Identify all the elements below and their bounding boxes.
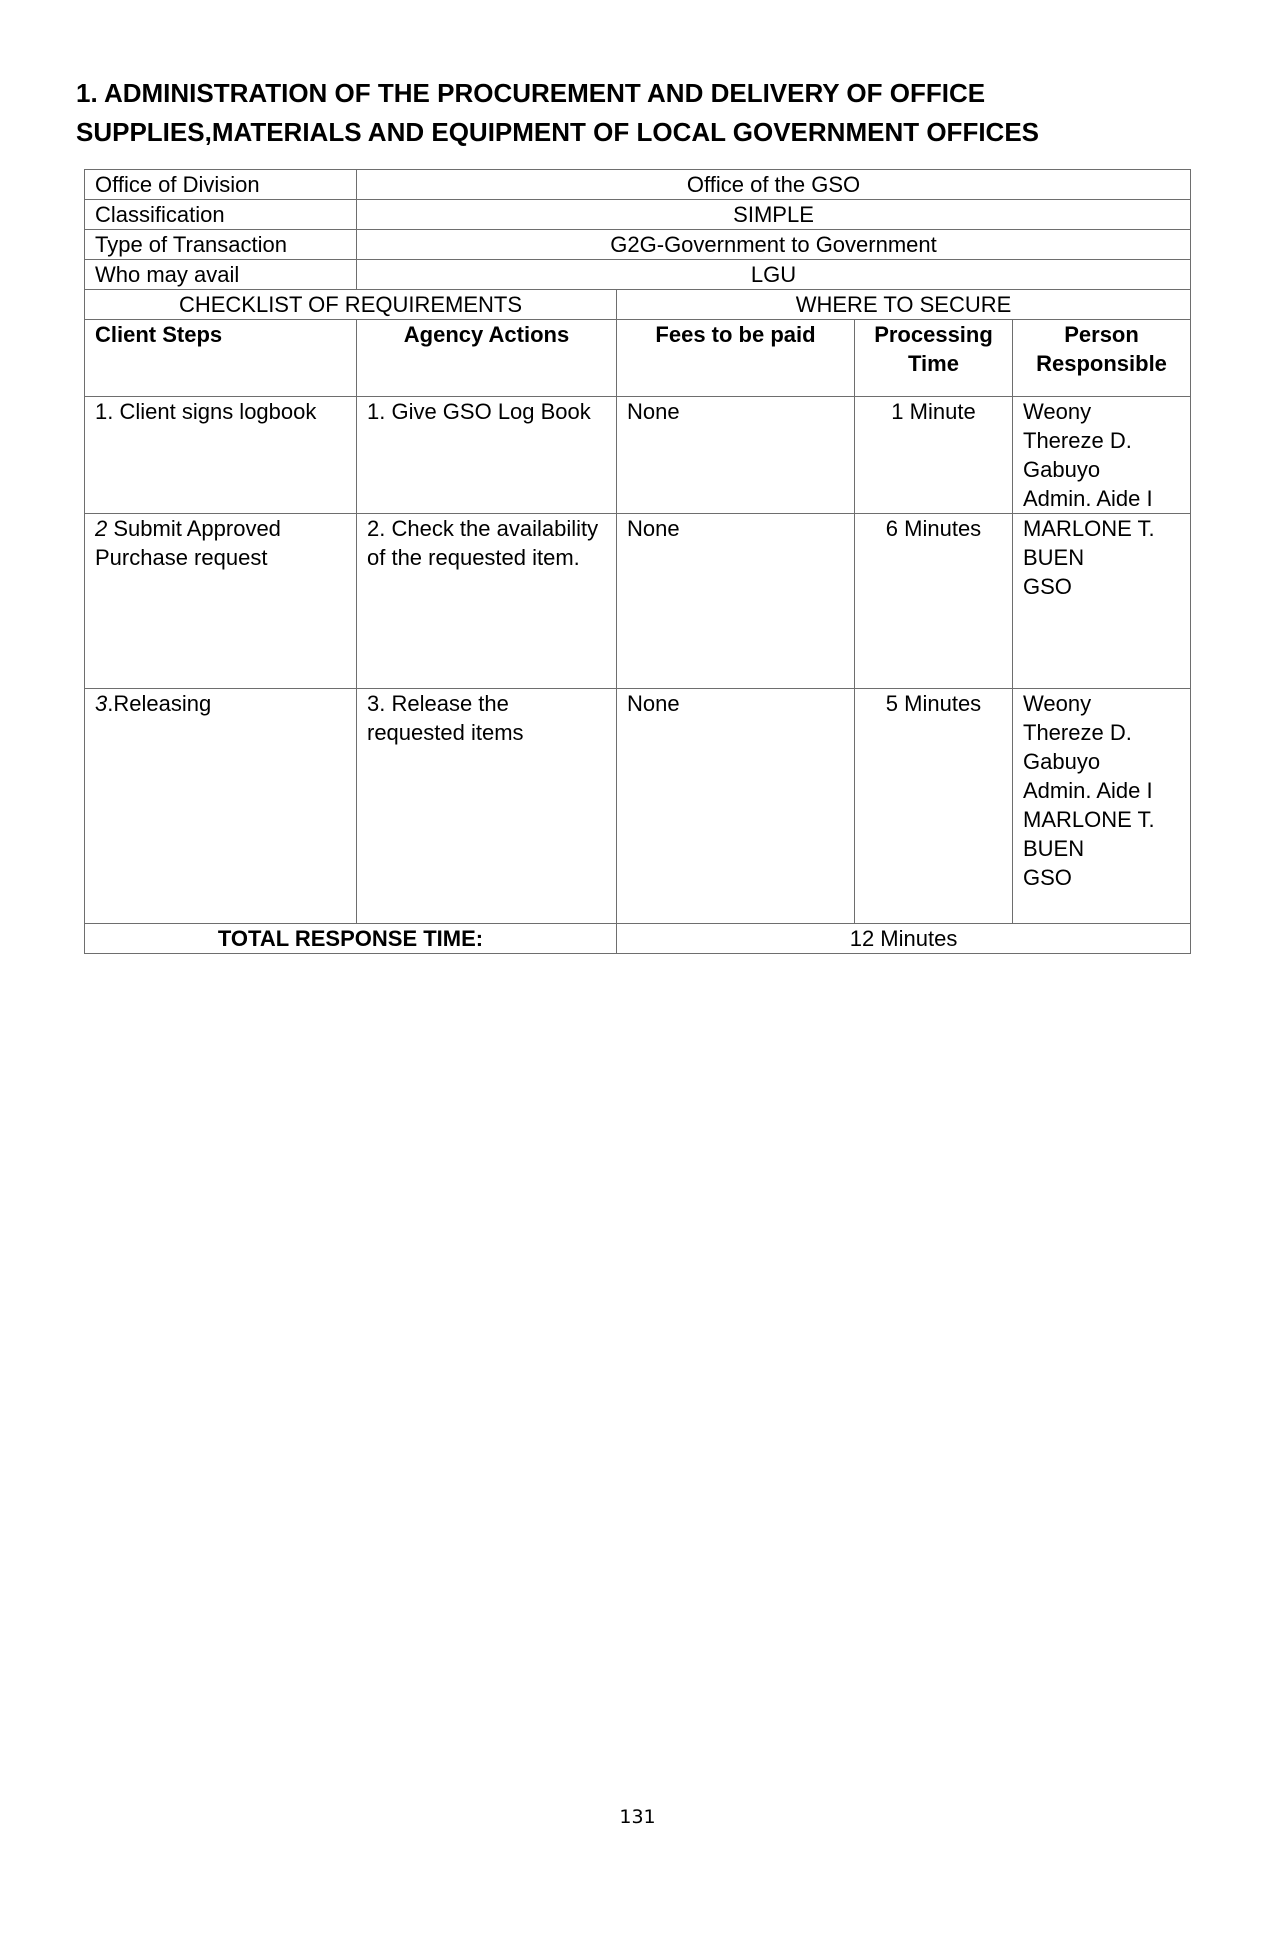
transaction-row: Type of Transaction G2G-Government to Go… — [85, 230, 1191, 260]
service-table: Office of Division Office of the GSO Cla… — [84, 169, 1191, 954]
heading-line-2: SUPPLIES,MATERIALS AND EQUIPMENT OF LOCA… — [76, 117, 1039, 147]
person-line: Admin. Aide I — [1023, 484, 1180, 513]
client-step: 2 Submit Approved Purchase request — [85, 514, 357, 689]
person-line: Admin. Aide I — [1023, 776, 1180, 805]
col-person-line1: Person — [1064, 322, 1139, 347]
col-person-responsible: Person Responsible — [1013, 320, 1191, 397]
fees: None — [617, 397, 855, 514]
person-line: MARLONE T. — [1023, 805, 1180, 834]
page-number: 131 — [0, 1806, 1275, 1828]
person-line: GSO — [1023, 863, 1180, 892]
column-header-row: Client Steps Agency Actions Fees to be p… — [85, 320, 1191, 397]
processing-time: 5 Minutes — [855, 689, 1013, 924]
client-step: 1. Client signs logbook — [85, 397, 357, 514]
where-to-secure-header: WHERE TO SECURE — [617, 290, 1191, 320]
classification-row: Classification SIMPLE — [85, 200, 1191, 230]
col-processing-line1: Processing — [874, 322, 993, 347]
processing-time: 6 Minutes — [855, 514, 1013, 689]
step-text: Submit Approved Purchase request — [95, 516, 281, 570]
person-line: GSO — [1023, 572, 1180, 601]
step-number: 2 — [95, 516, 107, 541]
agency-action: 3. Release the requested items — [357, 689, 617, 924]
person-line: Weony — [1023, 689, 1180, 718]
avail-value: LGU — [357, 260, 1191, 290]
agency-action: 1. Give GSO Log Book — [357, 397, 617, 514]
person-line: BUEN — [1023, 834, 1180, 863]
office-label: Office of Division — [85, 170, 357, 200]
person-line: Thereze D. — [1023, 426, 1180, 455]
avail-label: Who may avail — [85, 260, 357, 290]
person-line: MARLONE T. — [1023, 514, 1180, 543]
classification-label: Classification — [85, 200, 357, 230]
processing-time: 1 Minute — [855, 397, 1013, 514]
col-processing-line2: Time — [908, 351, 959, 376]
total-label: TOTAL RESPONSE TIME: — [85, 924, 617, 954]
step-text: Client signs logbook — [113, 399, 316, 424]
document-heading: 1. ADMINISTRATION OF THE PROCUREMENT AND… — [76, 74, 1226, 152]
avail-row: Who may avail LGU — [85, 260, 1191, 290]
total-row: TOTAL RESPONSE TIME: 12 Minutes — [85, 924, 1191, 954]
table-row: 3.Releasing 3. Release the requested ite… — [85, 689, 1191, 924]
checklist-header: CHECKLIST OF REQUIREMENTS — [85, 290, 617, 320]
office-value: Office of the GSO — [357, 170, 1191, 200]
person-responsible: Weony Thereze D. Gabuyo Admin. Aide I — [1013, 397, 1191, 514]
col-person-line2: Responsible — [1036, 351, 1167, 376]
person-line: Gabuyo — [1023, 747, 1180, 776]
heading-line-1: 1. ADMINISTRATION OF THE PROCUREMENT AND… — [76, 78, 985, 108]
table-row: 1. Client signs logbook 1. Give GSO Log … — [85, 397, 1191, 514]
table-row: 2 Submit Approved Purchase request 2. Ch… — [85, 514, 1191, 689]
step-number: 3 — [95, 691, 107, 716]
transaction-value: G2G-Government to Government — [357, 230, 1191, 260]
step-text: .Releasing — [107, 691, 211, 716]
person-responsible: MARLONE T. BUEN GSO — [1013, 514, 1191, 689]
office-row: Office of Division Office of the GSO — [85, 170, 1191, 200]
col-fees: Fees to be paid — [617, 320, 855, 397]
total-value: 12 Minutes — [617, 924, 1191, 954]
person-line: BUEN — [1023, 543, 1180, 572]
person-line: Gabuyo — [1023, 455, 1180, 484]
step-number: 1. — [95, 399, 113, 424]
col-processing-time: Processing Time — [855, 320, 1013, 397]
section-row: CHECKLIST OF REQUIREMENTS WHERE TO SECUR… — [85, 290, 1191, 320]
fees: None — [617, 514, 855, 689]
person-line: Thereze D. — [1023, 718, 1180, 747]
person-responsible: Weony Thereze D. Gabuyo Admin. Aide I MA… — [1013, 689, 1191, 924]
client-step: 3.Releasing — [85, 689, 357, 924]
agency-action: 2. Check the availability of the request… — [357, 514, 617, 689]
col-agency-actions: Agency Actions — [357, 320, 617, 397]
classification-value: SIMPLE — [357, 200, 1191, 230]
person-line: Weony — [1023, 397, 1180, 426]
fees: None — [617, 689, 855, 924]
transaction-label: Type of Transaction — [85, 230, 357, 260]
col-client-steps: Client Steps — [85, 320, 357, 397]
